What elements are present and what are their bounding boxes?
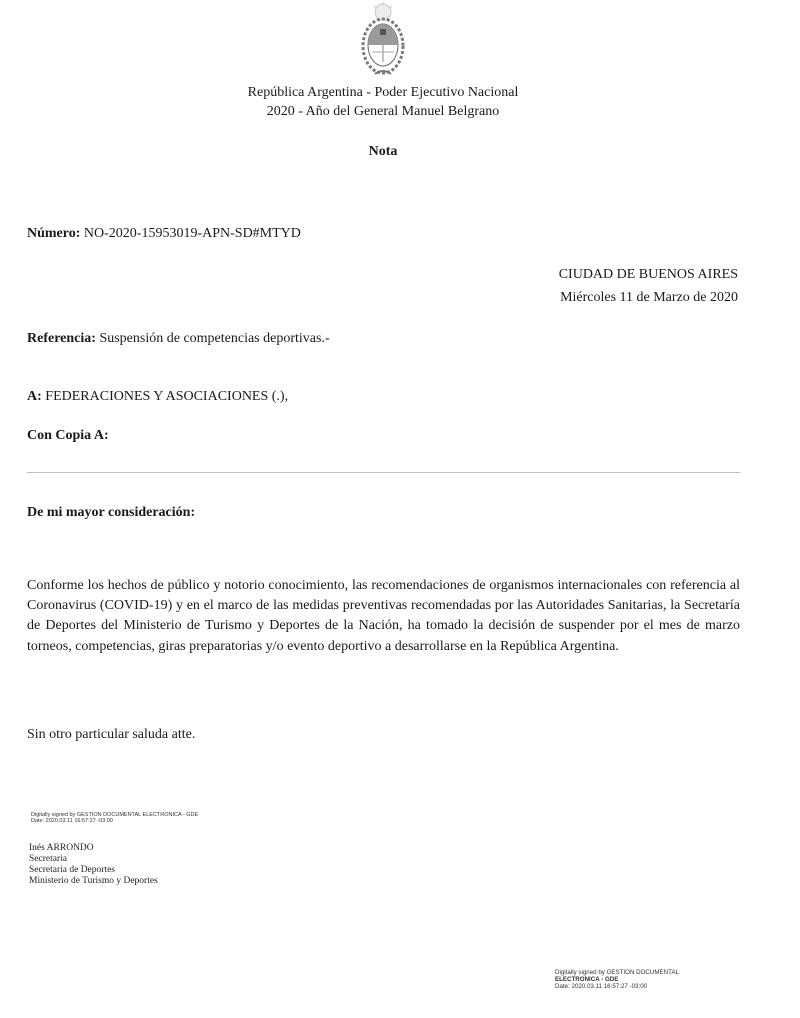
city: CIUDAD DE BUENOS AIRES (559, 267, 738, 283)
letter-body: Conforme los hechos de público y notorio… (27, 576, 740, 657)
numero-label: Número: (27, 226, 80, 241)
closing: Sin otro particular saluda atte. (27, 727, 195, 743)
signature-stamp: Digitally signed by GESTION DOCUMENTAL E… (31, 812, 198, 824)
signer-block: Inés ARRONDO Secretaria Secretaría de De… (29, 843, 158, 887)
referencia-value: Suspensión de competencias deportivas.- (99, 331, 329, 346)
footer-stamp-line-2: ELECTRONICA - GDE (555, 976, 679, 983)
referencia-label: Referencia: (27, 331, 96, 346)
cc-label: Con Copia A: (27, 428, 109, 444)
recipient: A: FEDERACIONES Y ASOCIACIONES (.), (27, 389, 288, 405)
document-number: Número: NO-2020-15953019-APN-SD#MTYD (27, 226, 301, 242)
signer-ministry: Ministerio de Turismo y Deportes (29, 876, 158, 887)
argentina-coat-of-arms-icon (357, 2, 409, 82)
header-line-2: 2020 - Año del General Manuel Belgrano (0, 104, 766, 120)
footer-stamp-line-1: Digitally signed by GESTION DOCUMENTAL (555, 969, 679, 976)
signer-office: Secretaría de Deportes (29, 865, 158, 876)
header-line-1: República Argentina - Poder Ejecutivo Na… (0, 85, 766, 101)
signer-name: Inés ARRONDO (29, 843, 158, 854)
date: Miércoles 11 de Marzo de 2020 (560, 290, 738, 306)
to-label: A: (27, 389, 42, 404)
signature-stamp-line-2: Date: 2020.03.11 16:57:27 -03:00 (31, 818, 198, 824)
document-type: Nota (0, 144, 766, 160)
reference: Referencia: Suspensión de competencias d… (27, 331, 330, 347)
to-value: FEDERACIONES Y ASOCIACIONES (.), (45, 389, 288, 404)
signer-role: Secretaria (29, 854, 158, 865)
footer-digital-stamp: Digitally signed by GESTION DOCUMENTAL E… (555, 969, 679, 990)
divider (27, 472, 740, 473)
greeting: De mi mayor consideración: (27, 505, 195, 521)
footer-stamp-line-3: Date: 2020.03.11 16:57:27 -03:00 (555, 983, 679, 990)
numero-value: NO-2020-15953019-APN-SD#MTYD (84, 226, 301, 241)
